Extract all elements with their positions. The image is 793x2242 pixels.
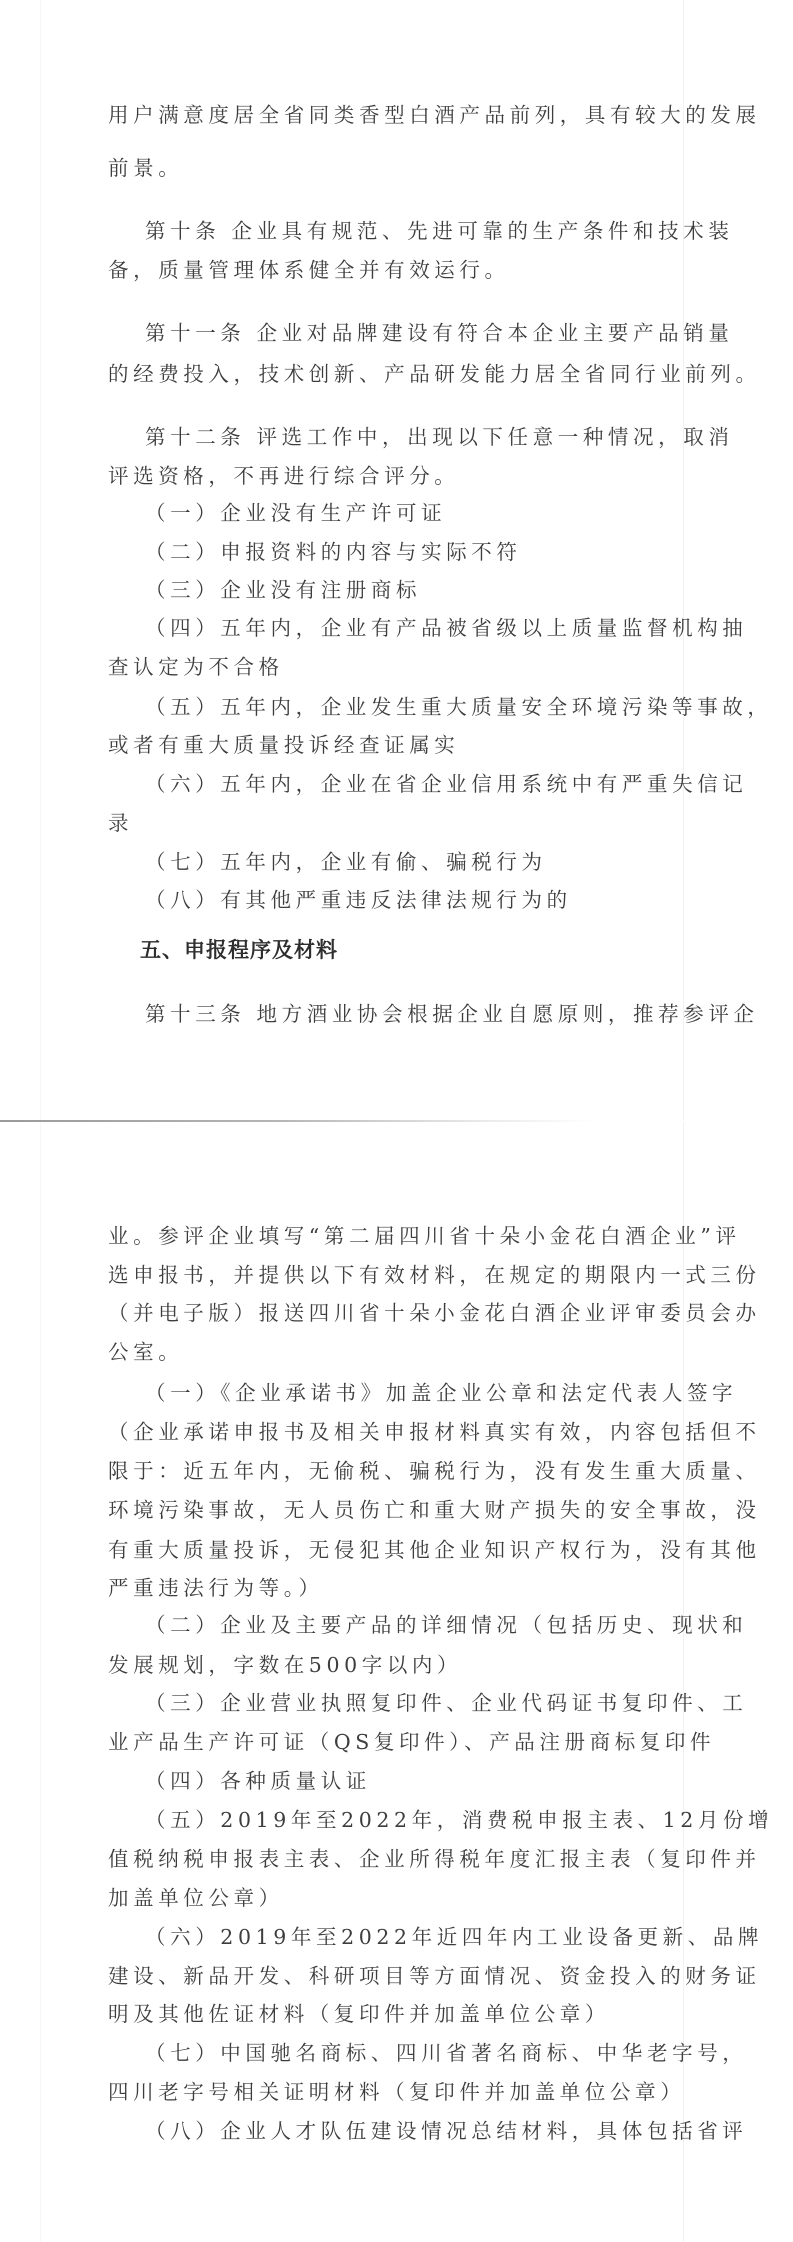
list-item: （六）五年内，企业在省企业信用系统中有严重失信记: [145, 770, 705, 798]
list-item-continuation: 业产品生产许可证（QS复印件）、产品注册商标复印件: [108, 1728, 668, 1756]
list-item-continuation: 发展规划，字数在500字以内）: [108, 1651, 668, 1679]
list-item: （一）企业没有生产许可证: [145, 499, 705, 527]
list-item-continuation: 限于：近五年内，无偷税、骗税行为，没有发生重大质量、: [108, 1457, 668, 1485]
paragraph-line: 备，质量管理体系健全并有效运行。: [108, 256, 668, 284]
paragraph-line: 用户满意度居全省同类香型白酒产品前列，具有较大的发展: [108, 101, 668, 129]
list-item: （四）各种质量认证: [145, 1767, 705, 1795]
list-item: （三）企业没有注册商标: [145, 576, 705, 604]
list-item: （四）五年内，企业有产品被省级以上质量监督机构抽: [145, 614, 705, 642]
list-item-continuation: （企业承诺申报书及相关申报材料真实有效，内容包括但不: [108, 1418, 668, 1446]
list-item: （七）中国驰名商标、四川省著名商标、中华老字号，: [145, 2039, 705, 2067]
paragraph-line: 选申报书，并提供以下有效材料，在规定的期限内一式三份: [108, 1261, 668, 1289]
paragraph-line: 公室。: [108, 1338, 668, 1366]
list-item: （七）五年内，企业有偷、骗税行为: [145, 848, 705, 876]
list-item: （五）五年内，企业发生重大质量安全环境污染等事故，: [145, 693, 705, 721]
list-item-continuation: 严重违法行为等。）: [108, 1574, 668, 1602]
page-right-margin-line: [683, 1122, 684, 2242]
list-item: （五）2019年至2022年，消费税申报主表、12月份增: [145, 1806, 705, 1834]
list-item-continuation: 环境污染事故，无人员伤亡和重大财产损失的安全事故，没: [108, 1496, 668, 1524]
page-left-edge: [40, 0, 41, 1121]
paragraph-line: （并电子版）报送四川省十朵小金花白酒企业评审委员会办: [108, 1299, 668, 1327]
list-item-continuation: 建设、新品开发、科研项目等方面情况、资金投入的财务证: [108, 1962, 668, 1990]
page-left-edge: [40, 1122, 41, 2242]
list-item: （二）企业及主要产品的详细情况（包括历史、现状和: [145, 1611, 705, 1639]
article-13-line: 第十三条 地方酒业协会根据企业自愿原则，推荐参评企: [145, 1000, 705, 1028]
section-heading: 五、申报程序及材料: [140, 936, 700, 964]
list-item: （二）申报资料的内容与实际不符: [145, 538, 705, 566]
list-item-continuation: 或者有重大质量投诉经查证属实: [108, 731, 668, 759]
list-item: （八）企业人才队伍建设情况总结材料，具体包括省评: [145, 2117, 705, 2145]
list-item-continuation: 查认定为不合格: [108, 653, 668, 681]
paragraph-line: 前景。: [108, 154, 668, 182]
list-item-continuation: 值税纳税申报表主表、企业所得税年度汇报主表（复印件并: [108, 1845, 668, 1873]
document-page-2: [0, 1122, 793, 2242]
list-item: （八）有其他严重违反法律法规行为的: [145, 886, 705, 914]
paragraph-line: 的经费投入，技术创新、产品研发能力居全省同行业前列。: [108, 360, 668, 388]
list-item: （六）2019年至2022年近四年内工业设备更新、品牌: [145, 1923, 705, 1951]
list-item-continuation: 有重大质量投诉，无侵犯其他企业知识产权行为，没有其他: [108, 1536, 668, 1564]
list-item-continuation: 明及其他佐证材料（复印件并加盖单位公章）: [108, 2000, 668, 2028]
list-item: （一）《企业承诺书》加盖企业公章和法定代表人签字: [145, 1379, 705, 1407]
list-item-continuation: 四川老字号相关证明材料（复印件并加盖单位公章）: [108, 2078, 668, 2106]
article-11-line: 第十一条 企业对品牌建设有符合本企业主要产品销量: [145, 319, 705, 347]
list-item: （三）企业营业执照复印件、企业代码证书复印件、工: [145, 1689, 705, 1717]
paragraph-line: 评选资格，不再进行综合评分。: [108, 462, 668, 490]
paragraph-line: 业。参评企业填写“第二届四川省十朵小金花白酒企业”评: [108, 1222, 668, 1250]
article-12-line: 第十二条 评选工作中，出现以下任意一种情况，取消: [145, 423, 705, 451]
list-item-continuation: 录: [108, 809, 668, 837]
list-item-continuation: 加盖单位公章）: [108, 1884, 668, 1912]
article-10-line: 第十条 企业具有规范、先进可靠的生产条件和技术装: [145, 217, 705, 245]
